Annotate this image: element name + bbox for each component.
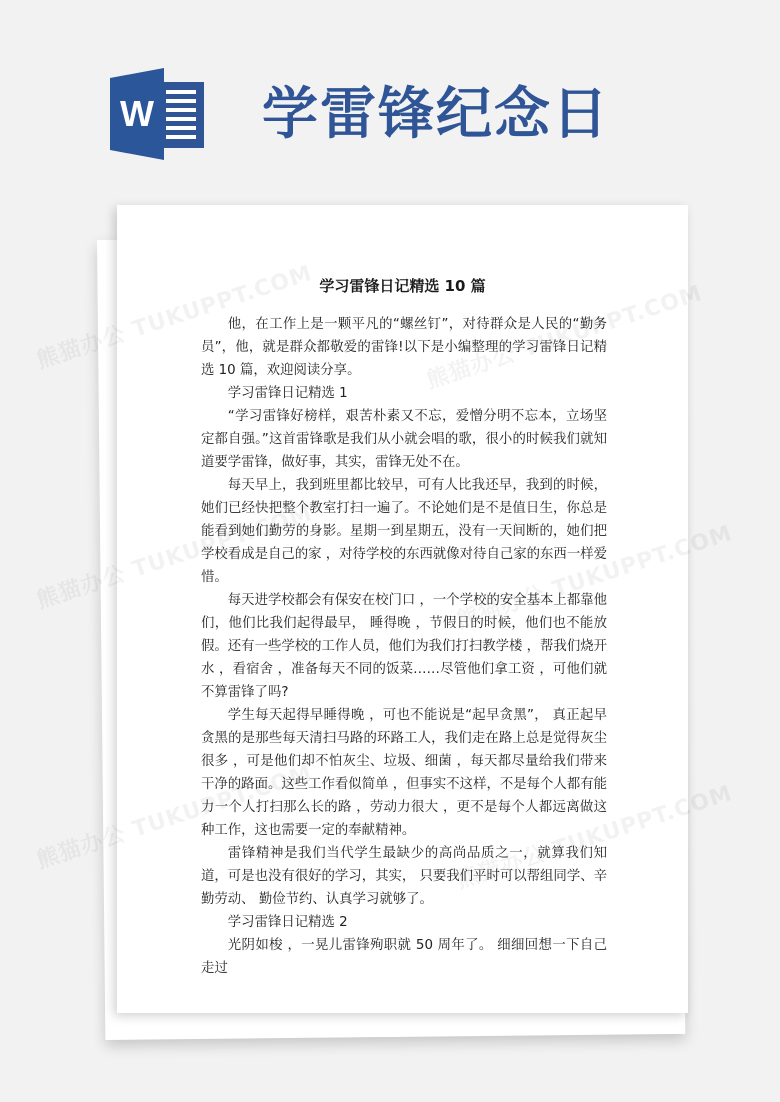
banner-title: 学雷锋纪念日 [262,76,610,152]
section-heading: 学习雷锋日记精选 1 [201,382,607,405]
document-page: 学习雷锋日记精选 10 篇 他，在工作上是一颗平凡的“螺丝钉”，对待群众是人民的… [117,205,688,1013]
paragraph: 他，在工作上是一颗平凡的“螺丝钉”，对待群众是人民的“勤务员”，他，就是群众都敬… [201,313,607,382]
paragraph: 每天早上，我到班里都比较早，可有人比我还早，我到的时候，她们已经快把整个教室打扫… [201,474,607,589]
section-heading: 学习雷锋日记精选 2 [201,911,607,934]
paragraph: “学习雷锋好榜样，艰苦朴素又不忘，爱憎分明不忘本，立场坚定都自强。”这首雷锋歌是… [201,405,607,474]
banner: W 学雷锋纪念日 [0,0,780,190]
svg-text:W: W [120,93,154,134]
document-title: 学习雷锋日记精选 10 篇 [117,275,688,296]
paragraph: 每天进学校都会有保安在校门口 ，一个学校的安全基本上都靠他们，他们比我们起得最早… [201,589,607,704]
paragraph: 光阴如梭 ，一晃儿雷锋殉职就 50 周年了。 细细回想一下自己走过 [201,934,607,980]
paragraph: 雷锋精神是我们当代学生最缺少的高尚品质之一，就算我们知道，可是也没有很好的学习，… [201,842,607,911]
word-icon: W [108,68,208,160]
document-body: 他，在工作上是一颗平凡的“螺丝钉”，对待群众是人民的“勤务员”，他，就是群众都敬… [201,313,607,980]
paragraph: 学生每天起得早睡得晚 ，可也不能说是“起早贪黑”， 真正起早贪黑的是那些每天清扫… [201,704,607,842]
